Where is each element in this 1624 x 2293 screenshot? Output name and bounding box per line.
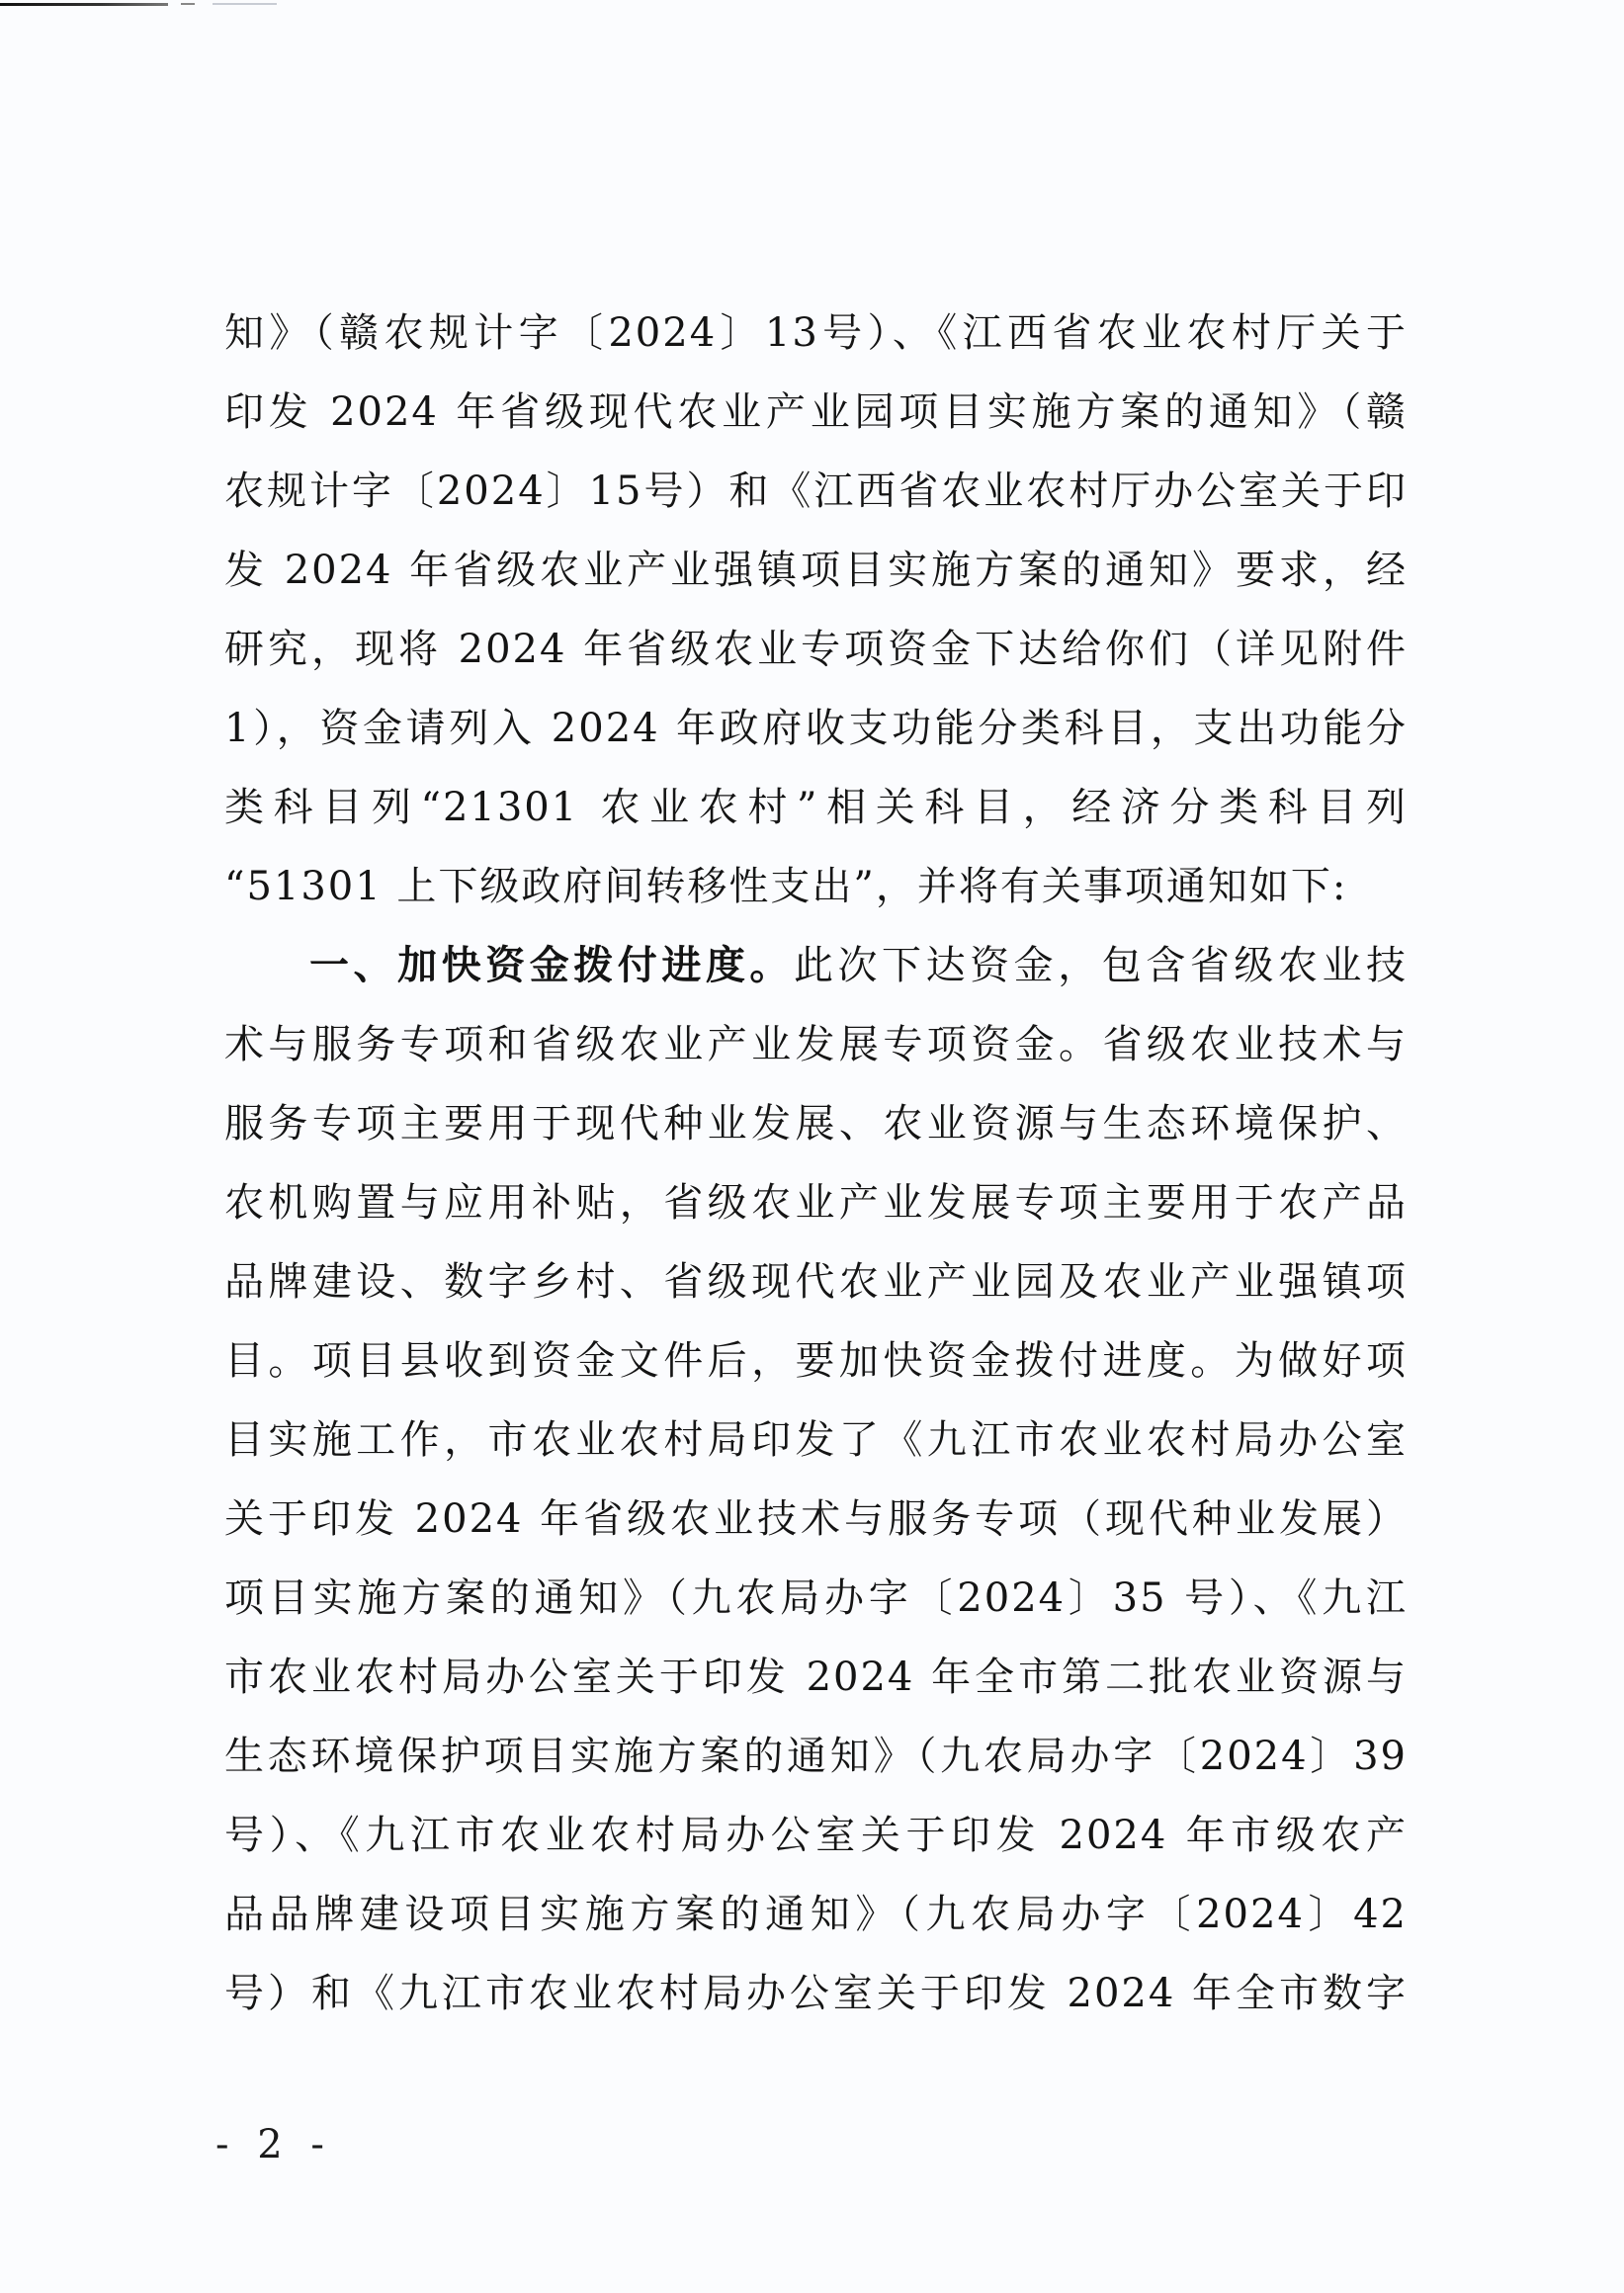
text-line: 号）、《九江市农业农村局办公室关于印发 2024 年市级农产 xyxy=(224,1796,1408,1875)
text-line: 项目实施方案的通知》（九农局办字〔2024〕35 号）、《九江 xyxy=(224,1559,1408,1638)
text-line: 研究，现将 2024 年省级农业专项资金下达给你们（详见附件 xyxy=(224,610,1408,689)
text-line: “51301 上下级政府间转移性支出”，并将有关事项通知如下: xyxy=(224,847,1408,926)
text-line: 号）和《九江市农业农村局办公室关于印发 2024 年全市数字 xyxy=(224,1954,1408,2033)
section-1-heading: 一、加快资金拨付进度。 xyxy=(309,943,794,988)
text-line: 品品牌建设项目实施方案的通知》（九农局办字〔2024〕42 xyxy=(224,1875,1408,1954)
text-line: 印发 2024 年省级现代农业产业园项目实施方案的通知》（赣 xyxy=(224,373,1408,452)
text-line: 服务专项主要用于现代种业发展、农业资源与生态环境保护、 xyxy=(224,1084,1408,1163)
text-line: 目实施工作，市农业农村局印发了《九江市农业农村局办公室 xyxy=(224,1401,1408,1480)
text-line: 类科目列“21301 农业农村”相关科目，经济分类科目列 xyxy=(224,768,1408,847)
page-number: - 2 - xyxy=(215,2123,332,2166)
text-line: 1），资金请列入 2024 年政府收支功能分类科目，支出功能分 xyxy=(224,689,1408,768)
text-line: 关于印发 2024 年省级农业技术与服务专项（现代种业发展） xyxy=(224,1480,1408,1559)
text-line: 品牌建设、数字乡村、省级现代农业产业园及农业产业强镇项 xyxy=(224,1242,1408,1321)
section-1-first-line: 一、加快资金拨付进度。此次下达资金，包含省级农业技 xyxy=(224,926,1408,1005)
text-line: 市农业农村局办公室关于印发 2024 年全市第二批农业资源与 xyxy=(224,1638,1408,1717)
section-1-first-line-text: 此次下达资金，包含省级农业技 xyxy=(794,943,1408,988)
text-line: 目。项目县收到资金文件后，要加快资金拨付进度。为做好项 xyxy=(224,1321,1408,1401)
text-line: 农机购置与应用补贴，省级农业产业发展专项主要用于农产品 xyxy=(224,1163,1408,1242)
document-body: 知》（赣农规计字〔2024〕13号）、《江西省农业农村厅关于 印发 2024 年… xyxy=(224,294,1408,2033)
text-line: 术与服务专项和省级农业产业发展专项资金。省级农业技术与 xyxy=(224,1005,1408,1084)
text-line: 农规计字〔2024〕15号）和《江西省农业农村厅办公室关于印 xyxy=(224,452,1408,531)
text-line: 知》（赣农规计字〔2024〕13号）、《江西省农业农村厅关于 xyxy=(224,294,1408,373)
top-edge-rule xyxy=(0,3,168,6)
top-edge-dash xyxy=(181,3,195,5)
text-line: 生态环境保护项目实施方案的通知》（九农局办字〔2024〕39 xyxy=(224,1717,1408,1796)
text-line: 发 2024 年省级农业产业强镇项目实施方案的通知》要求，经 xyxy=(224,531,1408,610)
top-edge-faint-rule xyxy=(213,3,277,5)
